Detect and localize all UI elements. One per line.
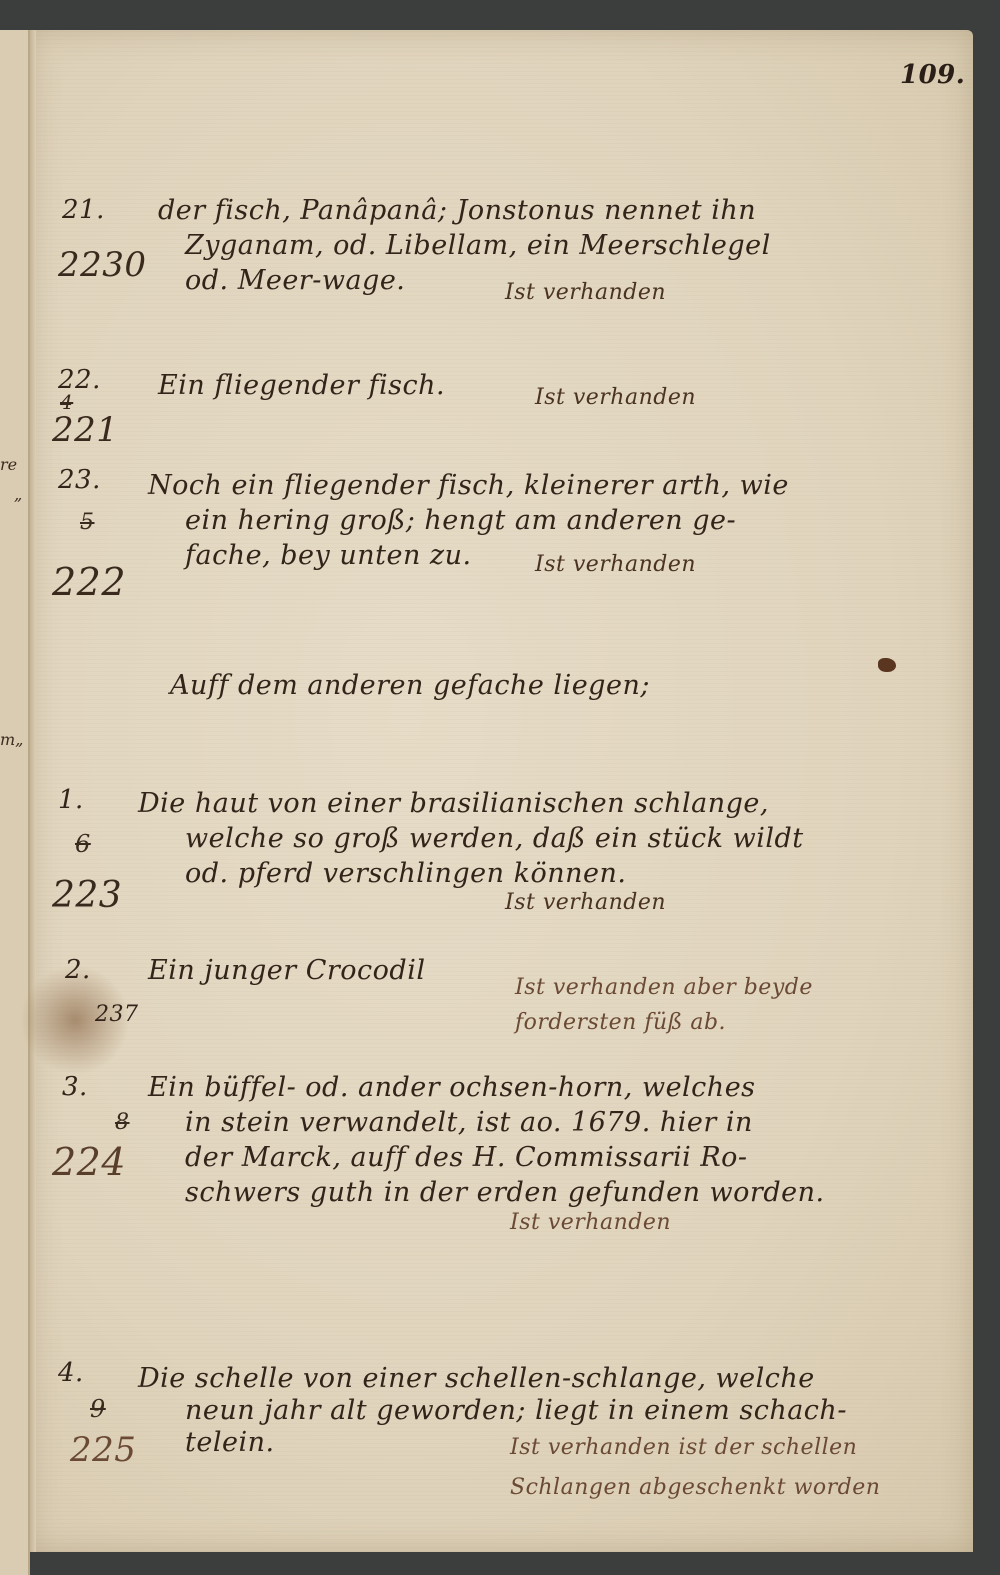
section-heading: Auff dem anderen gefache liegen;	[170, 670, 650, 701]
catalog-number: 223	[52, 875, 122, 916]
entry-line: schwers guth in der erden gefunden worde…	[185, 1177, 825, 1208]
entry-line: fache, bey unten zu.	[185, 540, 472, 571]
facing-page-fragment: re	[0, 455, 17, 474]
catalog-secondary: 9	[90, 1395, 106, 1423]
status-note: Ist verhanden	[505, 280, 666, 305]
entry-line: neun jahr alt geworden; liegt in einem s…	[185, 1395, 847, 1426]
facing-page-edge: re „ m„	[0, 30, 30, 1575]
entry-line: Ein junger Crocodil	[148, 955, 425, 986]
status-note: fordersten füß ab.	[515, 1010, 726, 1035]
entry-line: od. pferd verschlingen können.	[185, 858, 626, 889]
entry-line: der Marck, auff des H. Commissarii Ro-	[185, 1142, 748, 1173]
ink-blot	[878, 658, 896, 672]
entry-line: Zyganam, od. Libellam, ein Meerschlegel	[185, 230, 771, 261]
entry-number: 4.	[58, 1358, 84, 1388]
entry-line: Noch ein fliegender fisch, kleinerer art…	[148, 470, 789, 501]
catalog-number: 237	[95, 1002, 139, 1027]
entry-line: od. Meer-wage.	[185, 265, 405, 296]
status-note: Ist verhanden ist der schellen	[510, 1435, 857, 1460]
entry-line: Die haut von einer brasilianischen schla…	[138, 788, 769, 819]
entry-number: 23.	[58, 465, 101, 495]
catalog-number: 225	[70, 1430, 136, 1470]
entry-number: 3.	[62, 1072, 88, 1102]
facing-page-fragment: m„	[0, 730, 23, 749]
page-gutter	[30, 30, 36, 1552]
status-note: Ist verhanden	[505, 890, 666, 915]
entry-number: 1.	[58, 785, 84, 815]
status-note: Schlangen abgeschenkt worden	[510, 1475, 880, 1500]
catalog-secondary: 8	[115, 1110, 130, 1135]
entry-line: Ein büffel- od. ander ochsen-horn, welch…	[148, 1072, 756, 1103]
catalog-secondary: 6	[75, 830, 91, 858]
catalog-number: 224	[52, 1140, 126, 1184]
page-number: 109.	[900, 60, 965, 90]
entry-line: ein hering groß; hengt am anderen ge-	[185, 505, 736, 536]
entry-line: telein.	[185, 1427, 275, 1458]
entry-number: 2.	[65, 955, 91, 985]
status-note: Ist verhanden	[535, 385, 696, 410]
manuscript-page: 109. 21. 2230 der fisch, Panâpanâ; Jonst…	[30, 30, 973, 1552]
catalog-number: 221	[52, 410, 118, 450]
entry-line: in stein verwandelt, ist ao. 1679. hier …	[185, 1107, 753, 1138]
status-note: Ist verhanden	[535, 552, 696, 577]
entry-line: welche so groß werden, daß ein stück wil…	[185, 823, 804, 854]
facing-page-fragment: „	[14, 485, 22, 504]
entry-number: 21.	[62, 195, 105, 225]
entry-line: der fisch, Panâpanâ; Jonstonus nennet ih…	[158, 195, 756, 226]
status-note: Ist verhanden aber beyde	[515, 975, 813, 1000]
catalog-secondary: 5	[80, 510, 95, 535]
catalog-number: 222	[52, 560, 126, 604]
status-note: Ist verhanden	[510, 1210, 671, 1235]
entry-line: Ein fliegender fisch.	[158, 370, 445, 401]
catalog-number: 2230	[58, 245, 147, 285]
entry-line: Die schelle von einer schellen-schlange,…	[138, 1363, 815, 1394]
